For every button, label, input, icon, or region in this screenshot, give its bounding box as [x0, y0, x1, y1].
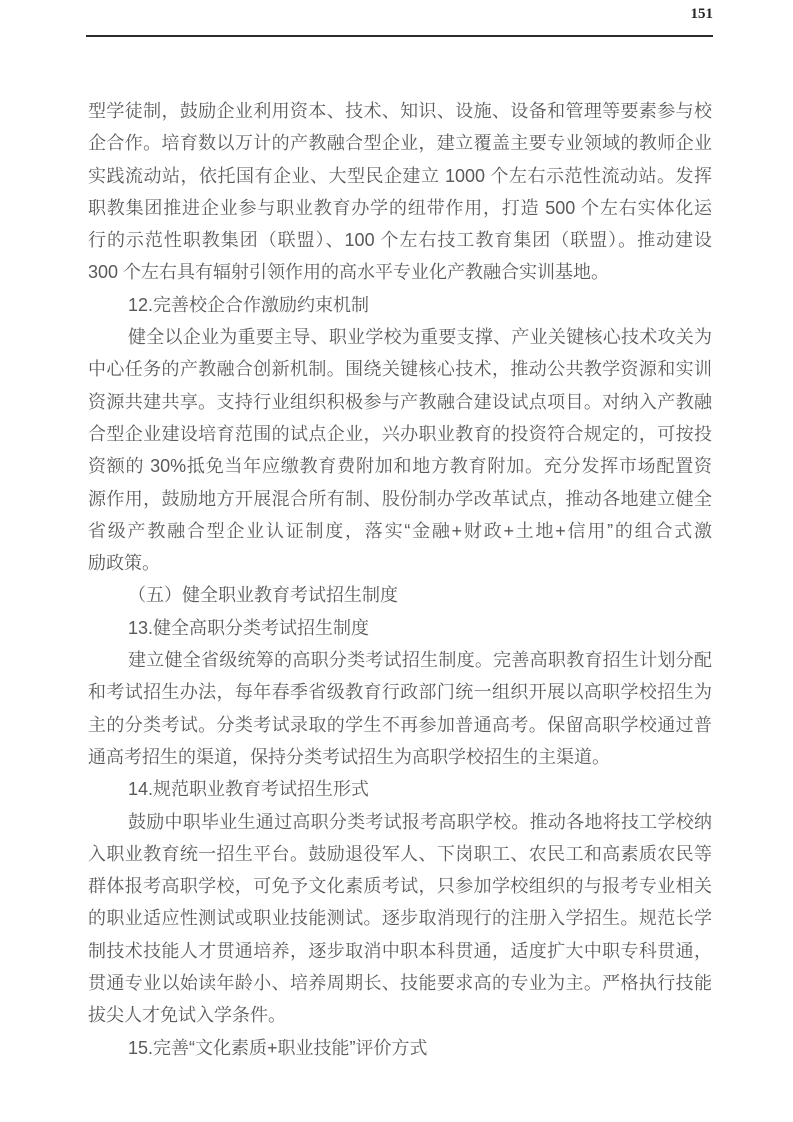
text-line: 14.规范职业教育考试招生形式 [88, 773, 712, 805]
text-line: 拔尖人才免试入学条件。 [88, 999, 712, 1031]
text-line: 励政策。 [88, 547, 712, 579]
text-line: 省级产教融合型企业认证制度，落实“金融+财政+土地+信用”的组合式激 [88, 515, 712, 547]
text-line: 企合作。培育数以万计的产教融合型企业，建立覆盖主要专业领域的教师企业 [88, 127, 712, 159]
text-line: 13.健全高职分类考试招生制度 [88, 612, 712, 644]
text-line: 和考试招生办法，每年春季省级教育行政部门统一组织开展以高职学校招生为 [88, 676, 712, 708]
text-line: 入职业教育统一招生平台。鼓励退役军人、下岗职工、农民工和高素质农民等 [88, 838, 712, 870]
paragraph: （五）健全职业教育考试招生制度 [88, 579, 712, 611]
paragraph: 13.健全高职分类考试招生制度 [88, 612, 712, 644]
paragraph: 健全以企业为重要主导、职业学校为重要支撑、产业关键核心技术攻关为中心任务的产教融… [88, 321, 712, 579]
text-line: 12.完善校企合作激励约束机制 [88, 289, 712, 321]
page-header: 151 [86, 0, 713, 23]
paragraph: 12.完善校企合作激励约束机制 [88, 289, 712, 321]
header-rule [86, 35, 713, 37]
text-line: 合型企业建设培育范围的试点企业，兴办职业教育的投资符合规定的，可按投 [88, 418, 712, 450]
text-line: 通高考招生的渠道，保持分类考试招生为高职学校招生的主渠道。 [88, 741, 712, 773]
text-line: 资源共建共享。支持行业组织积极参与产教融合建设试点项目。对纳入产教融 [88, 386, 712, 418]
paragraph: 型学徒制，鼓励企业利用资本、技术、知识、设施、设备和管理等要素参与校企合作。培育… [88, 95, 712, 289]
document-body: 型学徒制，鼓励企业利用资本、技术、知识、设施、设备和管理等要素参与校企合作。培育… [88, 95, 712, 1064]
text-line: 制技术技能人才贯通培养，逐步取消中职本科贯通，适度扩大中职专科贯通， [88, 935, 712, 967]
text-line: 实践流动站，依托国有企业、大型民企建立 1000 个左右示范性流动站。发挥 [88, 160, 712, 192]
text-line: 300 个左右具有辐射引领作用的高水平专业化产教融合实训基地。 [88, 256, 712, 288]
paragraph: 14.规范职业教育考试招生形式 [88, 773, 712, 805]
paragraph: 15.完善“文化素质+职业技能”评价方式 [88, 1032, 712, 1064]
text-line: 鼓励中职毕业生通过高职分类考试报考高职学校。推动各地将技工学校纳 [88, 806, 712, 838]
paragraph: 建立健全省级统筹的高职分类考试招生制度。完善高职教育招生计划分配和考试招生办法，… [88, 644, 712, 773]
paragraph: 鼓励中职毕业生通过高职分类考试报考高职学校。推动各地将技工学校纳入职业教育统一招… [88, 806, 712, 1032]
text-line: 行的示范性职教集团（联盟）、100 个左右技工教育集团（联盟）。推动建设 [88, 224, 712, 256]
text-line: 群体报考高职学校，可免予文化素质考试，只参加学校组织的与报考专业相关 [88, 870, 712, 902]
text-line: 源作用，鼓励地方开展混合所有制、股份制办学改革试点，推动各地建立健全 [88, 483, 712, 515]
text-line: 贯通专业以始读年龄小、培养周期长、技能要求高的专业为主。严格执行技能 [88, 967, 712, 999]
text-line: 的职业适应性测试或职业技能测试。逐步取消现行的注册入学招生。规范长学 [88, 902, 712, 934]
text-line: 主的分类考试。分类考试录取的学生不再参加普通高考。保留高职学校通过普 [88, 709, 712, 741]
text-line: 建立健全省级统筹的高职分类考试招生制度。完善高职教育招生计划分配 [88, 644, 712, 676]
text-line: 资额的 30%抵免当年应缴教育费附加和地方教育附加。充分发挥市场配置资 [88, 450, 712, 482]
page-number: 151 [86, 0, 713, 23]
text-line: 健全以企业为重要主导、职业学校为重要支撑、产业关键核心技术攻关为 [88, 321, 712, 353]
text-line: 15.完善“文化素质+职业技能”评价方式 [88, 1032, 712, 1064]
document-page: 151 型学徒制，鼓励企业利用资本、技术、知识、设施、设备和管理等要素参与校企合… [0, 0, 793, 1122]
text-line: （五）健全职业教育考试招生制度 [88, 579, 712, 611]
text-line: 中心任务的产教融合创新机制。围绕关键核心技术，推动公共教学资源和实训 [88, 353, 712, 385]
text-line: 型学徒制，鼓励企业利用资本、技术、知识、设施、设备和管理等要素参与校 [88, 95, 712, 127]
text-line: 职教集团推进企业参与职业教育办学的纽带作用，打造 500 个左右实体化运 [88, 192, 712, 224]
